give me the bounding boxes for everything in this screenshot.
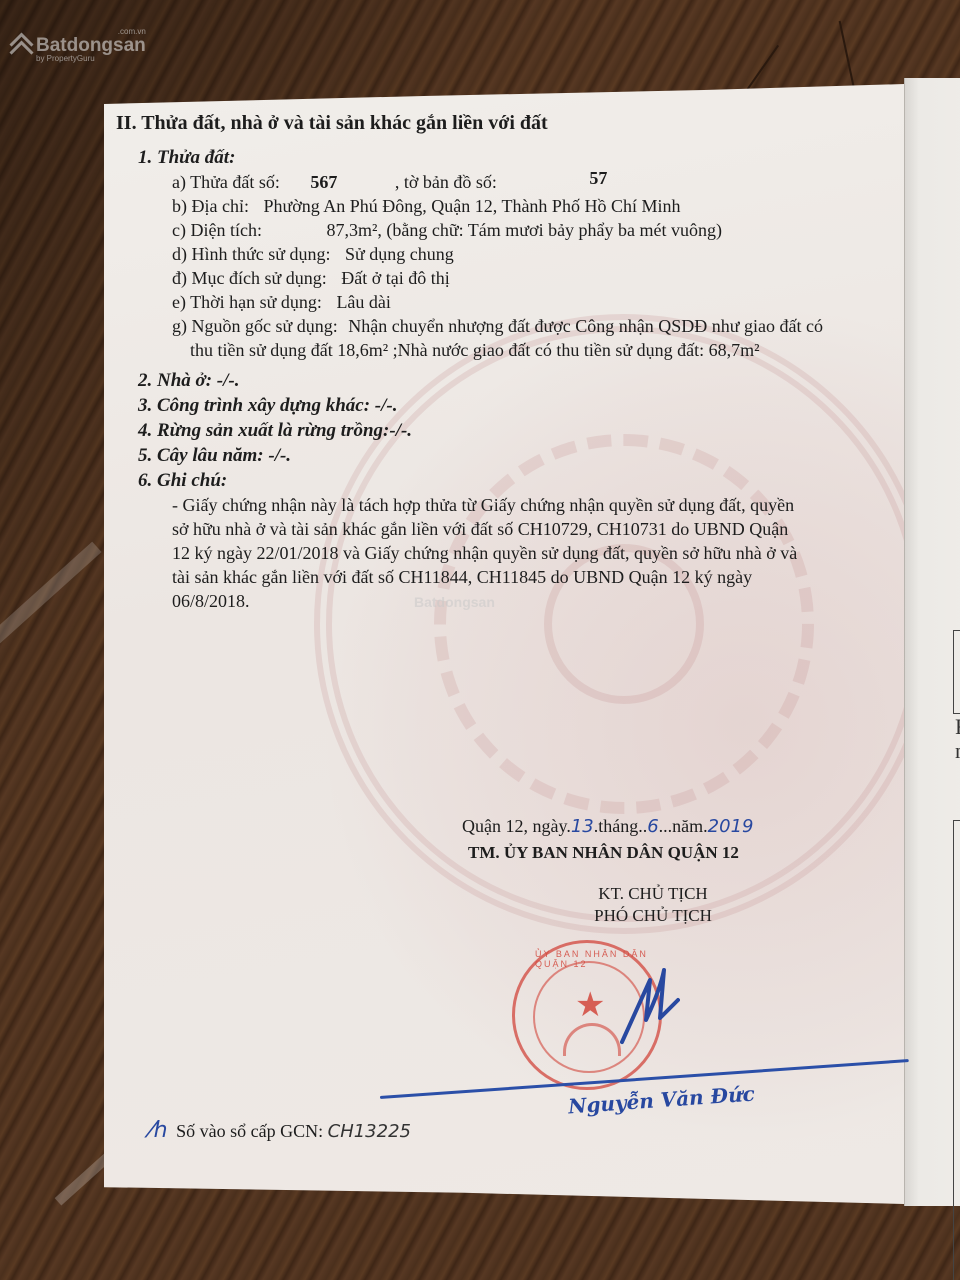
issue-year: 2019 (708, 816, 754, 837)
registry-number: CH13225 (328, 1121, 411, 1142)
watermark-sub: by PropertyGuru (36, 55, 146, 63)
item-notes-heading: 6. Ghi chú: (138, 468, 876, 493)
registry-number-line: ⁄h Số vào sổ cấp GCN: CH13225 (150, 1118, 411, 1143)
land-heading: 1. Thửa đất: (138, 145, 876, 170)
issue-date: Quận 12, ngày.13.tháng..6...năm.2019 (462, 816, 818, 837)
usage-origin-value: Nhận chuyển nhượng đất được Công nhận QS… (348, 316, 823, 336)
usage-origin-row: g) Nguồn gốc sử dụng: Nhận chuyển nhượng… (172, 314, 876, 338)
adjacent-page: F n (904, 78, 960, 1206)
issue-month: 6 (647, 816, 658, 837)
national-emblem-icon (563, 1023, 621, 1056)
address-row: b) Địa chỉ: Phường An Phú Đông, Quận 12,… (172, 194, 876, 218)
signer-role-1: KT. CHỦ TỊCH (488, 883, 818, 905)
usage-form-row: d) Hình thức sử dụng: Sử dụng chung (172, 242, 876, 266)
table-reflection (0, 542, 102, 673)
note-line: - Giấy chứng nhận này là tách hợp thửa t… (172, 493, 852, 517)
area-value: 87,3m², (bằng chữ: Tám mươi bảy phẩy ba … (327, 220, 723, 240)
batdongsan-watermark: .com.vn Batdongsan by PropertyGuru (10, 28, 146, 63)
note-line: sở hữu nhà ở và tài sản khác gắn liền vớ… (172, 517, 852, 541)
usage-origin-continued: thu tiền sử dụng đất 18,6m² ;Nhà nước gi… (190, 338, 876, 362)
adjacent-page-text: n (955, 738, 960, 764)
parcel-number: 567 (310, 170, 390, 194)
usage-term-row: e) Thời hạn sử dụng: Lâu dài (172, 290, 876, 314)
watermark-brand: Batdongsan (36, 36, 146, 55)
map-sheet-number: 57 (589, 168, 607, 188)
batdongsan-logo-icon (10, 32, 32, 60)
usage-form-value: Sử dụng chung (345, 244, 454, 264)
table-seam (743, 45, 779, 95)
item-perennial-trees: 5. Cây lâu năm: -/-. (138, 443, 876, 468)
certificate-content: II. Thửa đất, nhà ở và tài sản khác gắn … (116, 112, 876, 613)
item-production-forest: 4. Rừng sản xuất là rừng trồng:-/-. (138, 418, 876, 443)
star-icon: ★ (575, 989, 605, 1023)
issuing-authority: TM. ỦY BAN NHÂN DÂN QUẬN 12 (468, 843, 818, 863)
handwritten-signature-icon (620, 960, 680, 1050)
note-line: 06/8/2018. (172, 589, 852, 613)
adjacent-page-text: F (955, 714, 960, 740)
usage-term-value: Lâu dài (336, 292, 390, 312)
issue-day: 13 (571, 816, 594, 837)
adjacent-page-box (953, 820, 960, 1280)
item-other-construction: 3. Công trình xây dựng khác: -/-. (138, 393, 876, 418)
land-parcel-row: a) Thửa đất số: 567 , tờ bản đồ số: 57 (172, 170, 876, 194)
area-row: c) Diện tích: 87,3m², (bằng chữ: Tám mươ… (172, 218, 876, 242)
initials-mark-icon: ⁄h (150, 1118, 168, 1143)
address-value: Phường An Phú Đông, Quận 12, Thành Phố H… (263, 196, 680, 216)
signature-block: Quận 12, ngày.13.tháng..6...năm.2019 TM.… (458, 816, 818, 927)
adjacent-page-box (953, 630, 960, 714)
usage-purpose-value: Đất ở tại đô thị (341, 268, 450, 288)
note-line: tài sản khác gắn liền với đất số CH11844… (172, 565, 852, 589)
item-house: 2. Nhà ở: -/-. (138, 368, 876, 393)
section-title: II. Thửa đất, nhà ở và tài sản khác gắn … (116, 112, 876, 135)
signer-role-2: PHÓ CHỦ TỊCH (488, 905, 818, 927)
usage-purpose-row: đ) Mục đích sử dụng: Đất ở tại đô thị (172, 266, 876, 290)
note-line: 12 ký ngày 22/01/2018 và Giấy chứng nhận… (172, 541, 852, 565)
